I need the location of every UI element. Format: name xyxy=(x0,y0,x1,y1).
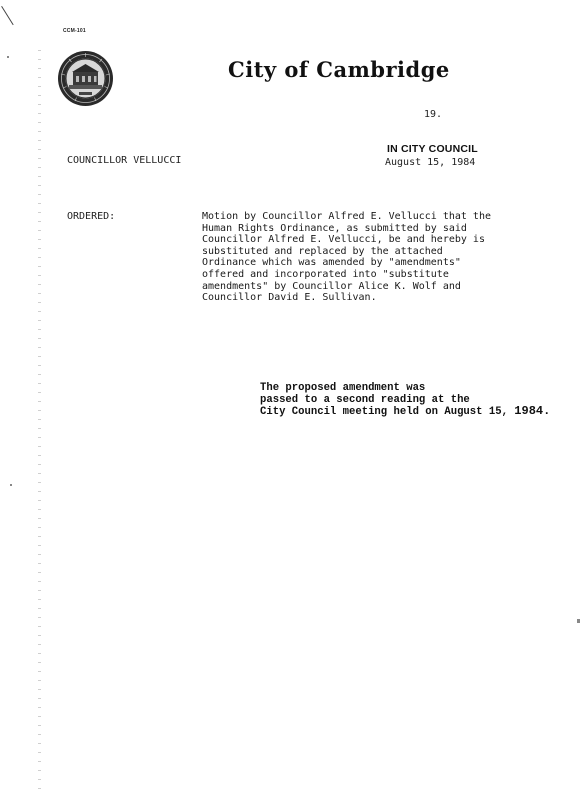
ordered-label: ORDERED: xyxy=(67,211,115,222)
motion-line: Councillor Alfred E. Vellucci, be and he… xyxy=(202,234,502,246)
motion-line: Councillor David E. Sullivan. xyxy=(202,292,502,304)
document-number: 19. xyxy=(424,109,442,120)
margin-punch-dots xyxy=(38,50,41,790)
motion-line: Ordinance which was amended by "amendmen… xyxy=(202,257,502,269)
note-line: passed to a second reading at the xyxy=(260,395,550,407)
form-code: CCM-101 xyxy=(63,28,86,34)
note-line: The proposed amendment was xyxy=(260,383,550,395)
motion-line: substituted and replaced by the attached xyxy=(202,246,502,258)
scan-speck xyxy=(577,619,580,623)
scan-speck xyxy=(10,484,12,486)
note-year: 1984. xyxy=(514,404,550,418)
motion-line: offered and incorporated into "substitut… xyxy=(202,269,502,281)
council-date: August 15, 1984 xyxy=(385,157,475,168)
motion-text: Motion by Councillor Alfred E. Vellucci … xyxy=(202,211,502,304)
typed-note: The proposed amendment was passed to a s… xyxy=(260,383,550,419)
council-header: IN CITY COUNCIL xyxy=(387,143,478,155)
scan-artifact xyxy=(1,6,14,25)
sponsor-name: COUNCILLOR VELLUCCI xyxy=(67,155,181,166)
letterhead-title: City of Cambridge xyxy=(228,57,450,82)
city-seal-icon xyxy=(57,50,114,107)
scan-speck xyxy=(7,56,9,58)
note-line-text: City Council meeting held on August 15, xyxy=(260,406,508,418)
motion-line: amendments" by Councillor Alice K. Wolf … xyxy=(202,281,502,293)
note-line-last: City Council meeting held on August 15, … xyxy=(260,406,550,419)
motion-line: Human Rights Ordinance, as submitted by … xyxy=(202,223,502,235)
motion-line: Motion by Councillor Alfred E. Vellucci … xyxy=(202,211,502,223)
